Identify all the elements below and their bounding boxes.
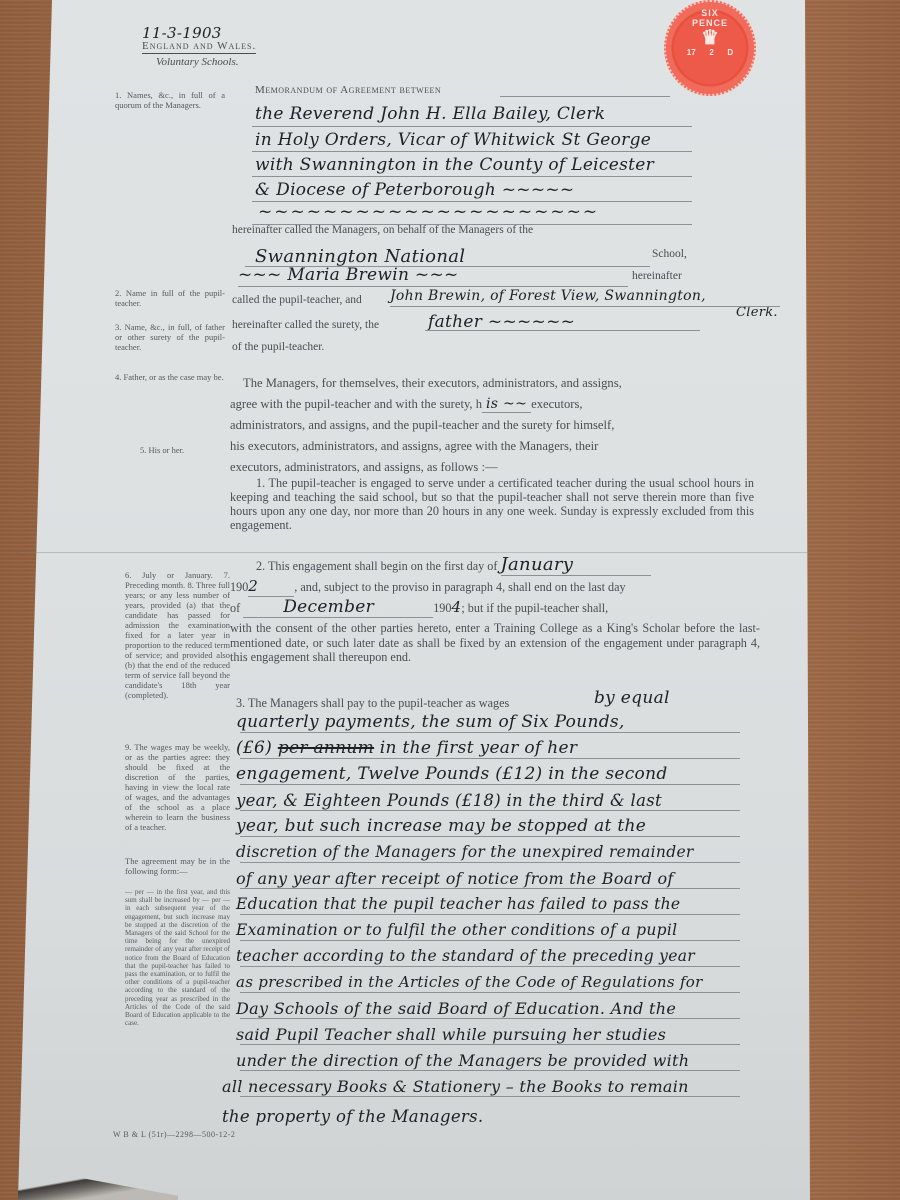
wages-line-10: Examination or to fulfil the other condi… — [236, 918, 677, 943]
fill-line — [252, 151, 692, 152]
clause-2-line-3: of December1904; but if the pupil-teache… — [230, 597, 760, 618]
clause-2: 2. This engagement shall begin on the fi… — [230, 555, 760, 665]
wages-line-4: engagement, Twelve Pounds (£12) in the s… — [236, 762, 668, 787]
clause-2-rest: with the consent of the other parties he… — [230, 621, 760, 665]
clause-2-line-2: 1902, and, subject to the proviso in par… — [230, 576, 760, 597]
managers-clause-text: hereinafter called the Managers, on beha… — [232, 224, 533, 236]
fill-line — [252, 176, 692, 177]
margin-note-5: 5. His or her. — [140, 445, 230, 455]
called-pupil-teacher: called the pupil-teacher, and — [232, 294, 362, 306]
margin-note-2: 2. Name in full of the pupil-teacher. — [115, 288, 225, 308]
intro-line-4: his executors, administrators, and assig… — [230, 436, 755, 457]
intro-line-5: executors, administrators, and assigns, … — [230, 457, 755, 478]
fill-line — [252, 126, 692, 127]
printer-code: W B & L (51r)—2298—500-12-2 — [113, 1130, 235, 1139]
agreement-intro: The Managers, for themselves, their exec… — [243, 373, 755, 478]
intro-line-1: The Managers, for themselves, their exec… — [243, 373, 755, 394]
wages-line-17: the property of the Managers. — [222, 1104, 483, 1129]
managers-line-3: with Swannington in the County of Leices… — [255, 153, 654, 178]
header-country: England and Wales. — [142, 40, 256, 54]
stamp-left-number: 17 — [687, 48, 696, 57]
called-surety: hereinafter called the surety, the — [232, 319, 379, 331]
clause-2-begin-text: 2. This engagement shall begin on the fi… — [256, 559, 497, 573]
end-month-handwritten: December — [243, 597, 433, 618]
wages-line-15: under the direction of the Managers be p… — [236, 1048, 689, 1073]
wages-line-16: all necessary Books & Stationery – the B… — [222, 1074, 689, 1099]
wages-line-11: teacher according to the standard of the… — [236, 944, 695, 969]
intro-line-2-text: agree with the pupil-teacher and with th… — [230, 397, 482, 411]
margin-note-4: 4. Father, or as the case may be. — [115, 372, 225, 382]
wages-line-3: (£6) per annum in the first year of her — [236, 736, 577, 761]
margin-note-3: 3. Name, &c., in full, of father or othe… — [115, 322, 225, 352]
fill-line — [500, 96, 670, 97]
margin-note-6-8: 6. July or January. 7. Preceding month. … — [125, 570, 230, 700]
pupil-suffix: hereinafter — [632, 270, 682, 282]
stamp-top-text: SIX — [666, 8, 754, 18]
stamp-right-letter: D — [727, 48, 733, 57]
margin-note-9-form-intro: The agreement may be in the following fo… — [125, 856, 230, 876]
wages-line-8: of any year after receipt of notice from… — [236, 866, 674, 891]
end-year-prefix: 190 — [433, 601, 451, 615]
crown-icon: ♛ — [666, 28, 754, 48]
clause-2-end-text: , and, subject to the proviso in paragra… — [294, 580, 625, 594]
wages-line-9: Education that the pupil teacher has fai… — [236, 892, 680, 917]
intro-line-3: administrators, and assigns, and the pup… — [230, 415, 755, 436]
intro-line-2: agree with the pupil-teacher and with th… — [230, 394, 755, 415]
fill-line — [425, 330, 700, 331]
wages-line-5: year, & Eighteen Pounds (£18) in the thi… — [236, 788, 662, 813]
struck-per-annum: per annum — [278, 738, 374, 758]
header-school-type: Voluntary Schools. — [156, 56, 239, 68]
surety-occupation-handwritten: Clerk. — [736, 300, 778, 325]
start-year-handwritten: 2 — [248, 576, 294, 597]
paper-fold-line — [20, 552, 810, 553]
start-year-prefix: 190 — [230, 580, 248, 594]
margin-note-1: 1. Names, &c., in full of a quorum of th… — [115, 90, 225, 110]
fill-line — [252, 201, 692, 202]
wages-line-7: discretion of the Managers for the unexp… — [236, 840, 694, 865]
clause-2-of: of — [230, 601, 240, 615]
start-month-handwritten: January — [501, 555, 651, 576]
school-label: School, — [652, 248, 687, 260]
margin-note-9: 9. The wages may be weekly, or as the pa… — [125, 742, 230, 832]
of-pupil-teacher: of the pupil-teacher. — [232, 341, 324, 353]
fill-line — [390, 306, 780, 307]
wages-line-14: said Pupil Teacher shall while pursuing … — [236, 1022, 666, 1047]
managers-clause: hereinafter called the Managers, on beha… — [232, 224, 533, 236]
surety-relation-handwritten: father ~~~~~~ — [428, 310, 575, 335]
clause-3-lead: 3. The Managers shall pay to the pupil-t… — [236, 696, 509, 711]
clause-2-line-1: 2. This engagement shall begin on the fi… — [230, 555, 760, 576]
managers-line-5: ~~~~~~~~~~~~~~~~~~~~~ — [258, 200, 599, 225]
intro-line-2-end: executors, — [531, 397, 582, 411]
managers-line-1: the Reverend John H. Ella Bailey, Clerk — [255, 102, 605, 127]
wages-line-13: Day Schools of the said Board of Educati… — [236, 996, 676, 1021]
memorandum-heading: Memorandum of Agreement between — [255, 84, 441, 96]
pronoun-handwritten: is ~~ — [482, 396, 531, 413]
six-pence-revenue-stamp: SIX PENCE ♛ 17 2 D — [664, 0, 756, 96]
margin-note-9-form: — per — in the first year, and this sum … — [125, 888, 230, 1027]
wages-line-2: quarterly payments, the sum of Six Pound… — [236, 710, 625, 735]
managers-line-2: in Holy Orders, Vicar of Whitwick St Geo… — [255, 128, 651, 153]
wages-line-6: year, but such increase may be stopped a… — [236, 814, 646, 839]
wages-line-1: by equal — [594, 686, 670, 711]
clause-1: 1. The pupil-teacher is engaged to serve… — [230, 476, 754, 532]
stamp-bottom-number: 2 — [709, 48, 713, 57]
clause-2-proviso-text: ; but if the pupil-teacher shall, — [461, 601, 608, 615]
end-year-handwritten: 4 — [451, 598, 461, 616]
wages-line-12: as prescribed in the Articles of the Cod… — [236, 970, 703, 995]
